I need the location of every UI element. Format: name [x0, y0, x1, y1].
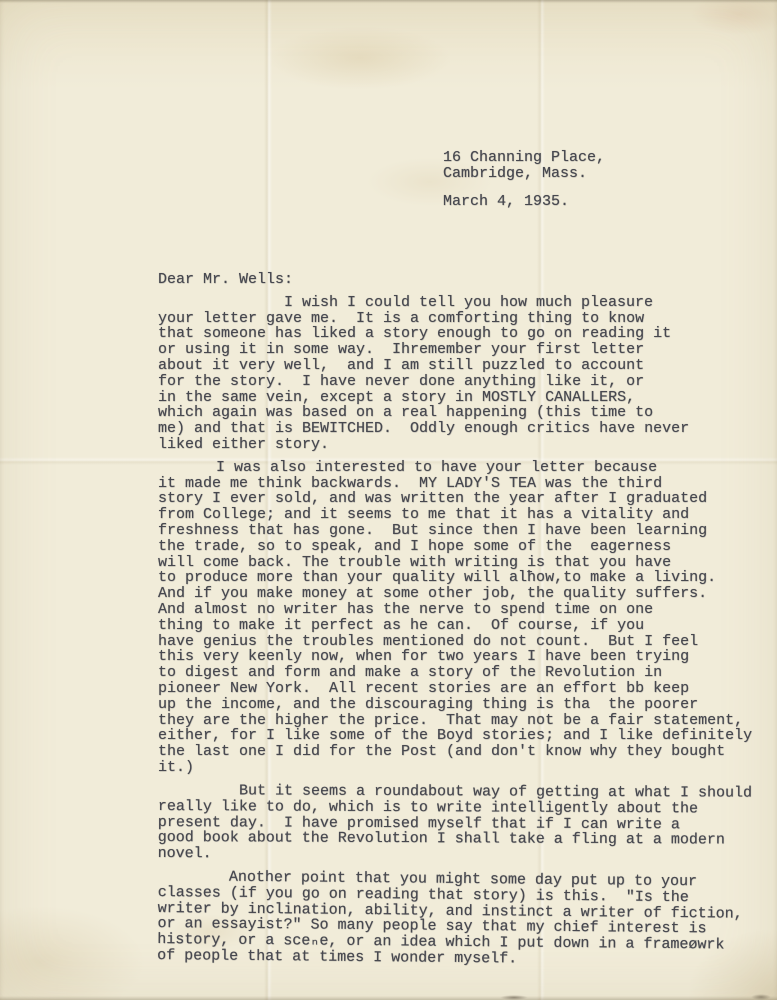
letter-body: Dear Mr. Wells: I wish I could tell you … [158, 272, 777, 970]
letter-line: novel. [158, 846, 777, 865]
sender-address-block: 16 Channing Place, Cambridge, Mass. Marc… [443, 150, 605, 209]
letter-line: me) and that is BEWITCHED. Oddly enough … [158, 421, 777, 437]
letter-line: up the income, and the discouraging thin… [158, 697, 777, 713]
letter-line: And if you make money at some other job,… [158, 586, 777, 602]
letter-line: they are the higher the price. That may … [158, 713, 777, 729]
letter-line: about it very well, and I am still puzzl… [158, 358, 777, 374]
letter-line: the trade, so to speak, and I hope some … [158, 539, 777, 555]
letter-line: from College; and it seems to me that it… [158, 507, 777, 523]
letter-line: liked either story. [158, 437, 777, 453]
letter-line: the last one I did for the Post (and don… [158, 744, 777, 760]
salutation: Dear Mr. Wells: [158, 272, 777, 288]
letter-line: in the same vein, except a story in MOST… [158, 390, 777, 406]
letter-line: for the story. I have never done anythin… [158, 374, 777, 390]
address-line-2: Cambridge, Mass. [443, 166, 605, 182]
letter-line: to produce more than your quality will a… [158, 570, 777, 586]
letter-line: good book about the Revolution I shall t… [158, 830, 777, 849]
paragraph-4: Another point that you might some day pu… [157, 869, 777, 970]
paragraph-1: I wish I could tell you how much pleasur… [158, 295, 777, 453]
letter-line: which again was based on a real happenin… [158, 405, 777, 421]
letter-line: have genius the troubles mentioned do no… [158, 634, 777, 650]
letter-line: either, for I like some of the Boyd stor… [158, 728, 777, 744]
letter-line: it.) [158, 760, 777, 776]
letter-line: story I ever sold, and was written the y… [158, 491, 777, 507]
letter-date: March 4, 1935. [443, 194, 605, 210]
address-line-1: 16 Channing Place, [443, 150, 605, 166]
letter-line: or using it in some way. Ihremember your… [158, 342, 777, 358]
letter-line: it made me think backwards. MY LADY'S TE… [158, 476, 777, 492]
letter-line: that someone has liked a story enough to… [158, 326, 777, 342]
letter-line: your letter gave me. It is a comforting … [158, 311, 777, 327]
letter-line: pioneer New York. All recent stories are… [158, 681, 777, 697]
letter-line: thing to make it perfect as he can. Of c… [158, 618, 777, 634]
letter-line: I was also interested to have your lette… [158, 460, 777, 476]
letter-line: And almost no writer has the nerve to sp… [158, 602, 777, 618]
page-edge-mark [751, 994, 771, 1000]
paragraph-2: I was also interested to have your lette… [158, 460, 777, 776]
letter-line: to digest and form and make a story of t… [158, 665, 777, 681]
page-edge-mark [500, 995, 528, 1000]
letter-line: this very keenly now, when for two years… [158, 649, 777, 665]
letter-line: will come back. The trouble with writing… [158, 555, 777, 571]
letter-line: I wish I could tell you how much pleasur… [158, 295, 777, 311]
letter-page: 16 Channing Place, Cambridge, Mass. Marc… [0, 0, 777, 1000]
letter-line: freshness that has gone. But since then … [158, 523, 777, 539]
paragraph-3: But it seems a roundabout way of getting… [158, 783, 777, 865]
